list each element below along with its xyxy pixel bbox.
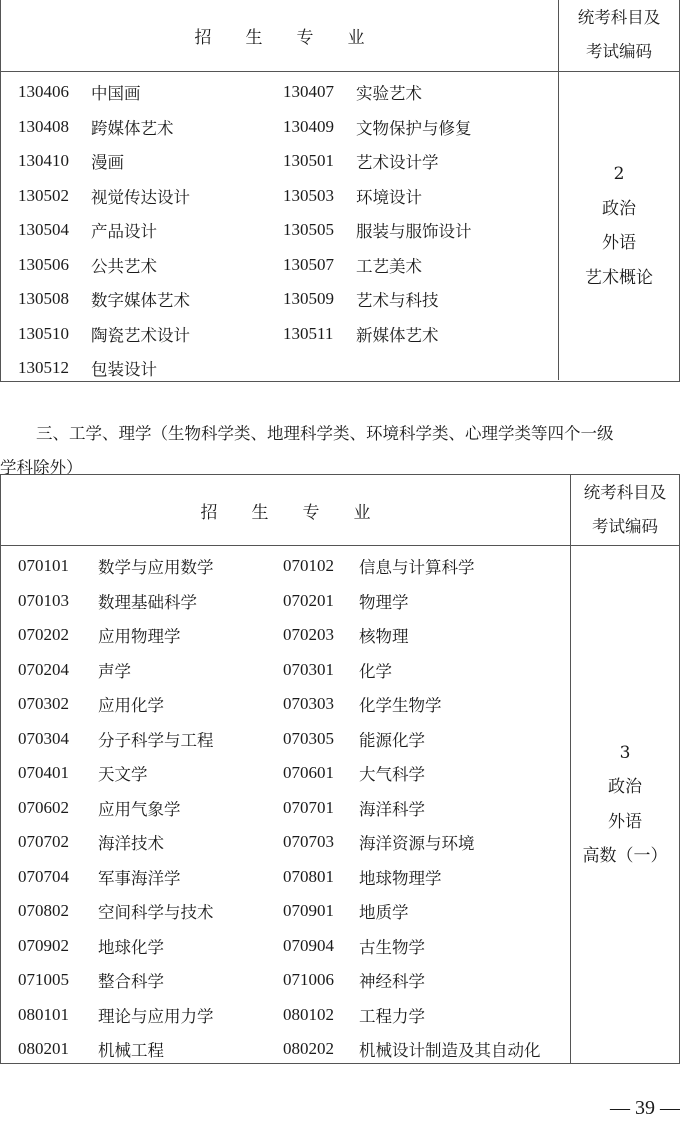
header-char: 生	[246, 23, 263, 48]
major-code: 070703	[283, 832, 334, 852]
major-code: 071006	[283, 970, 334, 990]
major-name: 中国画	[91, 80, 141, 104]
major-name: 陶瓷艺术设计	[91, 322, 190, 346]
major-code: 080202	[283, 1039, 334, 1059]
major-code: 130504	[18, 220, 69, 240]
subjects-header-line2: 考试编码	[592, 510, 658, 544]
major-name: 天文学	[98, 761, 148, 785]
subjects-header: 统考科目及 考试编码	[558, 0, 679, 71]
major-name: 分子科学与工程	[98, 727, 214, 751]
table-row: 130506公共艺术130507工艺美术	[1, 248, 556, 283]
subject-item: 政治	[602, 192, 636, 227]
subjects-header-line1: 统考科目及	[584, 476, 667, 510]
major-name: 漫画	[91, 149, 124, 173]
header-char: 招	[201, 498, 218, 523]
table-row: 070902地球化学070904古生物学	[1, 929, 568, 964]
major-code: 070204	[18, 660, 69, 680]
table-row: 070103数理基础科学070201物理学	[1, 584, 568, 619]
section-title-line1: 三、工学、理学（生物科学类、地理科学类、环境科学类、心理学类等四个一级	[0, 417, 680, 451]
major-name: 海洋技术	[98, 830, 164, 854]
table-row: 071005整合科学071006神经科学	[1, 963, 568, 998]
major-name: 海洋资源与环境	[359, 830, 475, 854]
major-code: 130506	[18, 255, 69, 275]
table-row: 080201机械工程080202机械设计制造及其自动化	[1, 1032, 568, 1067]
major-name: 理论与应用力学	[98, 1003, 214, 1027]
major-name: 机械工程	[98, 1037, 164, 1061]
major-name: 军事海洋学	[98, 865, 181, 889]
majors-header: 招 生 专 业	[1, 0, 558, 71]
major-name: 古生物学	[359, 934, 425, 958]
major-name: 环境设计	[356, 184, 422, 208]
subject-item: 外语	[608, 805, 642, 840]
subjects-header-line1: 统考科目及	[578, 1, 661, 35]
major-code: 070801	[283, 867, 334, 887]
major-code: 130507	[283, 255, 334, 275]
major-code: 070202	[18, 625, 69, 645]
major-name: 海洋科学	[359, 796, 425, 820]
major-name: 产品设计	[91, 218, 157, 242]
major-code: 130510	[18, 324, 69, 344]
major-code: 070201	[283, 591, 334, 611]
major-name: 工艺美术	[356, 253, 422, 277]
major-code: 080201	[18, 1039, 69, 1059]
table-row: 130504产品设计130505服装与服饰设计	[1, 213, 556, 248]
major-code: 070701	[283, 798, 334, 818]
table-row: 130512包装设计	[1, 351, 556, 386]
major-name: 实验艺术	[356, 80, 422, 104]
table-row: 130406中国画130407实验艺术	[1, 75, 556, 110]
major-code: 070704	[18, 867, 69, 887]
major-code: 070601	[283, 763, 334, 783]
major-code: 130409	[283, 117, 334, 137]
major-name: 声学	[98, 658, 131, 682]
header-char: 业	[348, 23, 365, 48]
major-code: 130508	[18, 289, 69, 309]
major-code: 130406	[18, 82, 69, 102]
major-code: 130509	[283, 289, 334, 309]
major-name: 数理基础科学	[98, 589, 197, 613]
major-code: 070203	[283, 625, 334, 645]
subject-item: 高数（一）	[583, 839, 668, 874]
table-row: 130408跨媒体艺术130409文物保护与修复	[1, 110, 556, 145]
major-name: 机械设计制造及其自动化	[359, 1037, 541, 1061]
major-code: 070802	[18, 901, 69, 921]
header-char: 招	[195, 23, 212, 48]
major-code: 130408	[18, 117, 69, 137]
table-header: 招 生 专 业 统考科目及 考试编码	[1, 0, 679, 72]
exam-subjects: 3 政治 外语 高数（一）	[570, 546, 679, 1063]
major-code: 070101	[18, 556, 69, 576]
majors-header: 招 生 专 业	[1, 475, 570, 545]
major-name: 包装设计	[91, 356, 157, 380]
table-row: 080101理论与应用力学080102工程力学	[1, 998, 568, 1033]
major-name: 工程力学	[359, 1003, 425, 1027]
major-code: 070401	[18, 763, 69, 783]
table-art-majors: 招 生 专 业 统考科目及 考试编码 130406中国画130407实验艺术13…	[0, 0, 680, 382]
subject-item: 艺术概论	[585, 261, 653, 296]
major-code: 130505	[283, 220, 334, 240]
major-code: 130501	[283, 151, 334, 171]
subject-count: 3	[620, 736, 631, 771]
major-name: 大气科学	[359, 761, 425, 785]
major-code: 070304	[18, 729, 69, 749]
header-char: 生	[252, 498, 269, 523]
major-code: 080102	[283, 1005, 334, 1025]
table-row: 070304分子科学与工程070305能源化学	[1, 722, 568, 757]
page-number: — 39 —	[610, 1097, 680, 1120]
table-row: 130510陶瓷艺术设计130511新媒体艺术	[1, 317, 556, 352]
major-name: 文物保护与修复	[356, 115, 472, 139]
major-name: 艺术与科技	[356, 287, 439, 311]
table-body: 130406中国画130407实验艺术130408跨媒体艺术130409文物保护…	[1, 72, 679, 380]
table-body: 070101数学与应用数学070102信息与计算科学070103数理基础科学07…	[1, 546, 679, 1063]
table-row: 070202应用物理学070203核物理	[1, 618, 568, 653]
table-row: 070302应用化学070303化学生物学	[1, 687, 568, 722]
table-row: 130410漫画130501艺术设计学	[1, 144, 556, 179]
major-code: 130512	[18, 358, 69, 378]
major-name: 数字媒体艺术	[91, 287, 190, 311]
major-name: 整合科学	[98, 968, 164, 992]
major-name: 地球物理学	[359, 865, 442, 889]
major-name: 化学生物学	[359, 692, 442, 716]
major-code: 130503	[283, 186, 334, 206]
major-name: 服装与服饰设计	[356, 218, 472, 242]
major-code: 130502	[18, 186, 69, 206]
major-code: 080101	[18, 1005, 69, 1025]
major-code: 070901	[283, 901, 334, 921]
major-code: 070702	[18, 832, 69, 852]
major-name: 艺术设计学	[356, 149, 439, 173]
major-name: 核物理	[359, 623, 409, 647]
major-code: 070904	[283, 936, 334, 956]
major-code: 070303	[283, 694, 334, 714]
header-char: 专	[303, 498, 320, 523]
major-name: 化学	[359, 658, 392, 682]
major-code: 070602	[18, 798, 69, 818]
table-row: 130502视觉传达设计130503环境设计	[1, 179, 556, 214]
major-name: 信息与计算科学	[359, 554, 475, 578]
major-code: 070305	[283, 729, 334, 749]
table-row: 070204声学070301化学	[1, 653, 568, 688]
major-name: 跨媒体艺术	[91, 115, 174, 139]
major-code: 130511	[283, 324, 333, 344]
subject-item: 政治	[608, 770, 642, 805]
major-name: 视觉传达设计	[91, 184, 190, 208]
major-code: 071005	[18, 970, 69, 990]
major-code: 070102	[283, 556, 334, 576]
major-code: 070301	[283, 660, 334, 680]
table-row: 130508数字媒体艺术130509艺术与科技	[1, 282, 556, 317]
major-code: 070902	[18, 936, 69, 956]
table-science-engineering-majors: 招 生 专 业 统考科目及 考试编码 070101数学与应用数学070102信息…	[0, 474, 680, 1064]
major-name: 应用气象学	[98, 796, 181, 820]
header-char: 业	[354, 498, 371, 523]
subject-count: 2	[614, 157, 625, 192]
exam-subjects: 2 政治 外语 艺术概论	[558, 72, 679, 380]
major-name: 地球化学	[98, 934, 164, 958]
major-code: 130410	[18, 151, 69, 171]
major-name: 地质学	[359, 899, 409, 923]
major-name: 神经科学	[359, 968, 425, 992]
subject-item: 外语	[602, 226, 636, 261]
major-name: 空间科学与技术	[98, 899, 214, 923]
major-name: 数学与应用数学	[98, 554, 214, 578]
major-name: 应用化学	[98, 692, 164, 716]
major-name: 能源化学	[359, 727, 425, 751]
table-row: 070702海洋技术070703海洋资源与环境	[1, 825, 568, 860]
major-name: 公共艺术	[91, 253, 157, 277]
subjects-header: 统考科目及 考试编码	[570, 475, 679, 545]
header-char: 专	[297, 23, 314, 48]
table-header: 招 生 专 业 统考科目及 考试编码	[1, 475, 679, 546]
major-code: 130407	[283, 82, 334, 102]
major-code: 070103	[18, 591, 69, 611]
major-name: 物理学	[359, 589, 409, 613]
table-row: 070401天文学070601大气科学	[1, 756, 568, 791]
major-code: 070302	[18, 694, 69, 714]
subjects-header-line2: 考试编码	[586, 35, 652, 69]
major-name: 新媒体艺术	[356, 322, 439, 346]
table-row: 070704军事海洋学070801地球物理学	[1, 860, 568, 895]
major-name: 应用物理学	[98, 623, 181, 647]
table-row: 070101数学与应用数学070102信息与计算科学	[1, 549, 568, 584]
table-row: 070802空间科学与技术070901地质学	[1, 894, 568, 929]
table-row: 070602应用气象学070701海洋科学	[1, 791, 568, 826]
